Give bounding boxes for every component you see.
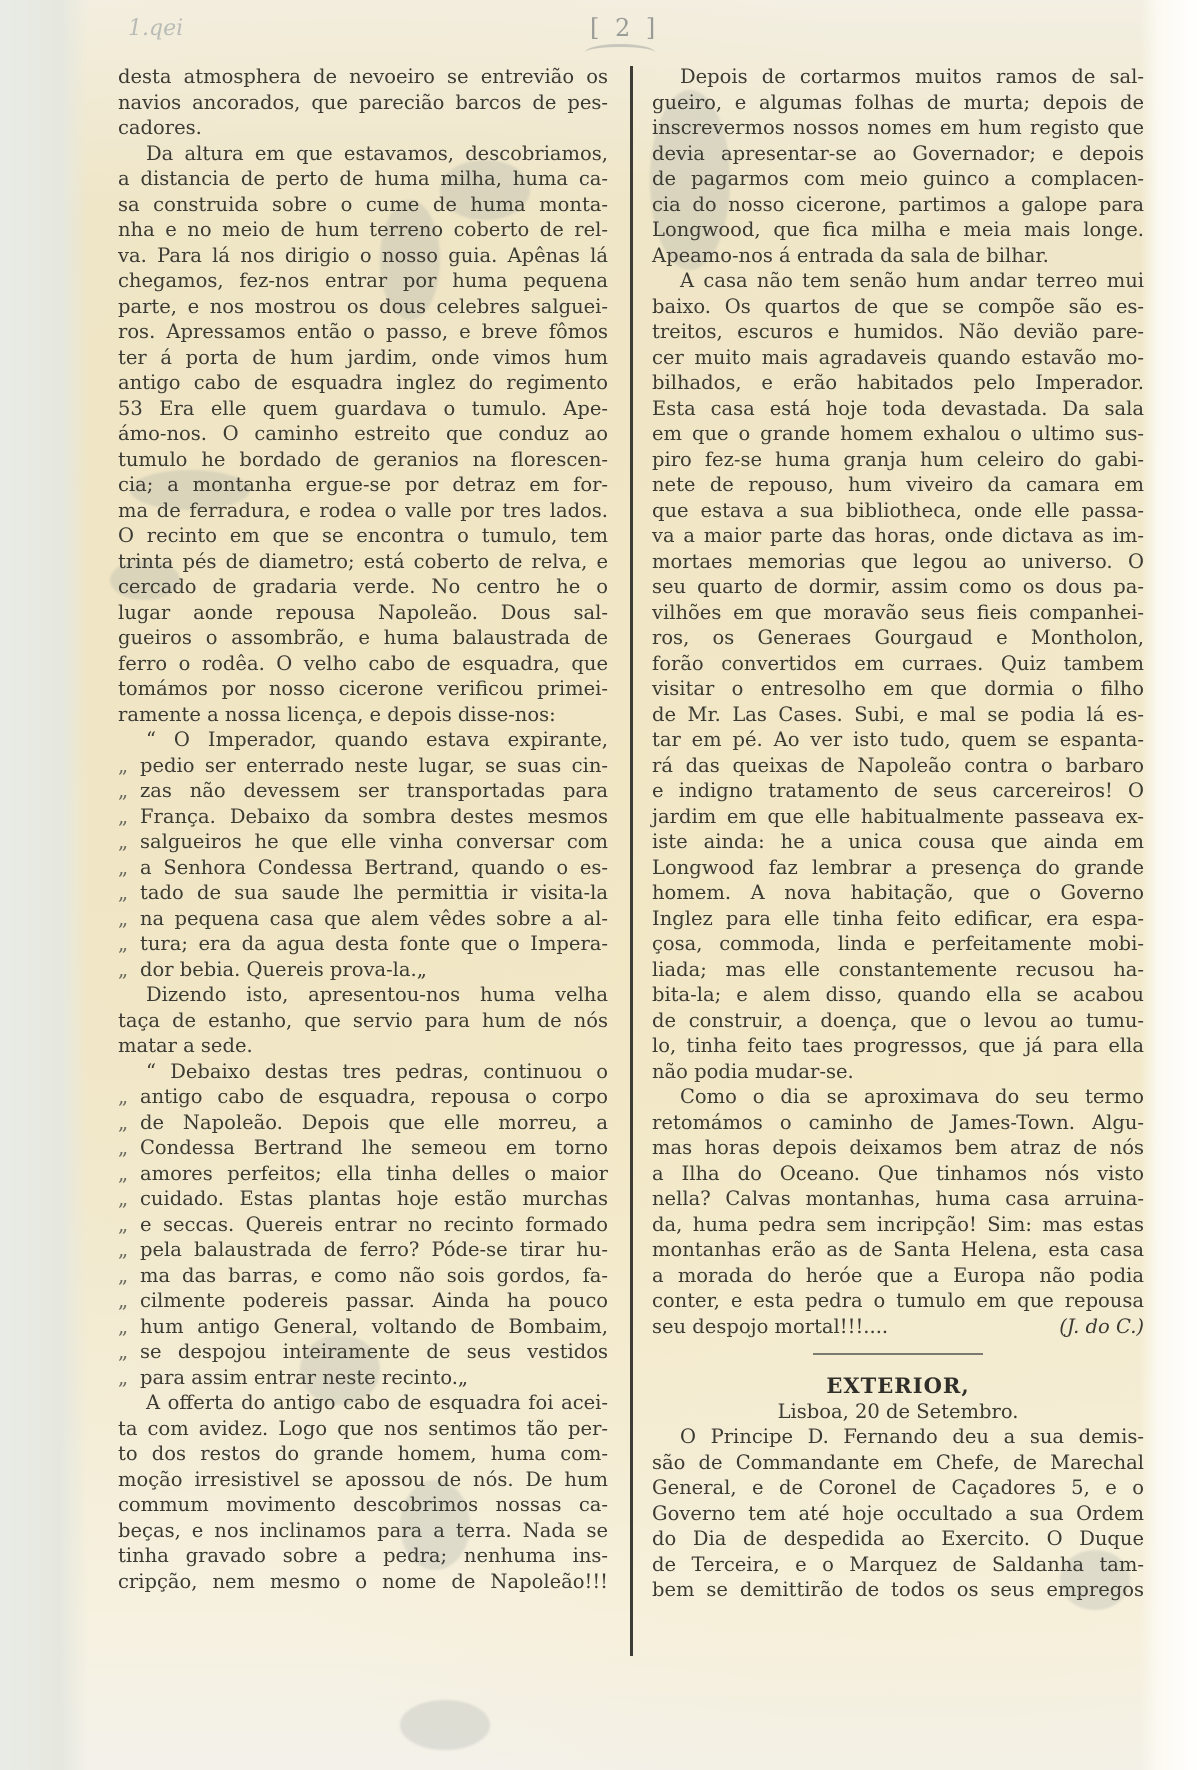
text-line: nete de repouso, hum viveiro da camara e… bbox=[652, 472, 1144, 498]
text-line: trinta pés de diametro; está coberto de … bbox=[118, 549, 608, 575]
quote-mark: „ bbox=[118, 1110, 140, 1136]
text-line: O Principe D. Fernando deu a sua demis- bbox=[652, 1424, 1144, 1450]
quote-line: „pela balaustrada de ferro? Póde-se tira… bbox=[118, 1237, 608, 1263]
quote-line: „amores perfeitos; ella tinha delles o m… bbox=[118, 1161, 608, 1187]
quote-line: „cuidado. Estas plantas hoje estão murch… bbox=[118, 1186, 608, 1212]
corner-handwriting: 1.qei bbox=[128, 16, 183, 41]
article-signature: (J. do C.) bbox=[1059, 1314, 1144, 1340]
text-line: da, huma pedra sem incripção! Sim: mas e… bbox=[652, 1212, 1144, 1238]
quote-line: „tura; era da agua desta fonte que o Imp… bbox=[118, 931, 608, 957]
quote-line: „cilmente podereis passar. Ainda ha pouc… bbox=[118, 1288, 608, 1314]
text-line: moção irresistivel se apossou de nós. De… bbox=[118, 1467, 608, 1493]
text-line: va. Para lá nos dirigio o nosso guia. Ap… bbox=[118, 243, 608, 269]
text-line: tomámos por nosso cicerone verificou pri… bbox=[118, 676, 608, 702]
text-line: Como o dia se aproximava do seu termo bbox=[652, 1084, 1144, 1110]
text-line: baixo. Os quartos de que se compõe são e… bbox=[652, 294, 1144, 320]
quote-line: „França. Debaixo da sombra destes mesmos bbox=[118, 804, 608, 830]
text-line: ros. Apressamos então o passo, e breve f… bbox=[118, 319, 608, 345]
scan-edge-right bbox=[1140, 0, 1200, 1770]
text-line: çosa, commoda, linda e perfeitamente mob… bbox=[652, 931, 1144, 957]
text-line: bilhados, e erão habitados pelo Imperado… bbox=[652, 370, 1144, 396]
quote-mark: „ bbox=[118, 880, 140, 906]
text-line: a distancia de perto de huma milha, huma… bbox=[118, 166, 608, 192]
text-line: ta com avidez. Logo que nos sentimos tão… bbox=[118, 1416, 608, 1442]
text-line: inscrevermos nossos nomes em hum registo… bbox=[652, 115, 1144, 141]
text-line: treitos, escuros e humidos. Não devião p… bbox=[652, 319, 1144, 345]
left-column: desta atmosphera de nevoeiro se entreviã… bbox=[118, 64, 608, 1594]
quote-line: „na pequena casa que alem vêdes sobre a … bbox=[118, 906, 608, 932]
text-line: parte, e nos mostrou os dous celebres sa… bbox=[118, 294, 608, 320]
text-line: visitar o entresolho em que dormia o fil… bbox=[652, 676, 1144, 702]
text-line: vilhões em que moravão seus fieis compan… bbox=[652, 600, 1144, 626]
text-line: a morada do heróe que a Europa não podia bbox=[652, 1263, 1144, 1289]
text-line: de Terceira, e o Marquez de Saldanha tam… bbox=[652, 1552, 1144, 1578]
text-line: bem se demittirão de todos os seus empre… bbox=[652, 1577, 1144, 1603]
text-line: navios ancorados, que parecião barcos de… bbox=[118, 90, 608, 116]
text-line: ramente a nossa licença, e depois disse-… bbox=[118, 702, 608, 728]
text-line: mas horas depois deixamos bem atraz de n… bbox=[652, 1135, 1144, 1161]
text-line: cripção, nem mesmo o nome de Napoleão!!! bbox=[118, 1569, 608, 1595]
text-line: Esta casa está hoje toda devastada. Da s… bbox=[652, 396, 1144, 422]
text-line: de Mr. Las Cases. Subi, e mal se podia l… bbox=[652, 702, 1144, 728]
quote-line: “ O Imperador, quando estava expirante, bbox=[118, 727, 608, 753]
text-line: são de Commandante em Chefe, de Marechal bbox=[652, 1450, 1144, 1476]
text-line: bita-la; e alem disso, quando ella se ac… bbox=[652, 982, 1144, 1008]
text-line: nha e no meio de hum terreno coberto de … bbox=[118, 217, 608, 243]
text-line: montanhas erão as de Santa Helena, esta … bbox=[652, 1237, 1144, 1263]
text-line: desta atmosphera de nevoeiro se entreviã… bbox=[118, 64, 608, 90]
text-line: gueiro, e algumas folhas de murta; depoi… bbox=[652, 90, 1144, 116]
quote-line: „ma das barras, e como não sois gordos, … bbox=[118, 1263, 608, 1289]
text-line: chegamos, fez-nos entrar por huma pequen… bbox=[118, 268, 608, 294]
text-line: cia do nosso cicerone, partimos a galope… bbox=[652, 192, 1144, 218]
closing-text: seu despojo mortal!!!.... bbox=[652, 1315, 888, 1338]
quote-mark: „ bbox=[118, 1263, 140, 1289]
text-line: jardim em que elle habitualmente passeav… bbox=[652, 804, 1144, 830]
text-line: rá das queixas de Napoleão contra o barb… bbox=[652, 753, 1144, 779]
text-line: ter á porta de hum jardim, onde vimos hu… bbox=[118, 345, 608, 371]
text-line: to dos restos do grande homem, huma com- bbox=[118, 1441, 608, 1467]
section-heading: EXTERIOR, bbox=[652, 1373, 1144, 1399]
text-line: gueiros o assombrão, e huma balaustrada … bbox=[118, 625, 608, 651]
text-line: sa construida sobre o cume de huma monta… bbox=[118, 192, 608, 218]
right-column: Depois de cortarmos muitos ramos de sal-… bbox=[652, 64, 1144, 1603]
text-line: de pagarmos com meio guinco a complacen- bbox=[652, 166, 1144, 192]
text-line: mortaes memorias que legou ao universo. … bbox=[652, 549, 1144, 575]
text-line: que estava a sua bibliotheca, onde elle … bbox=[652, 498, 1144, 524]
text-line: seu despojo mortal!!!.... (J. do C.) bbox=[652, 1314, 1144, 1340]
quote-line: „para assim entrar neste recinto.„ bbox=[118, 1365, 608, 1391]
text-line: Da altura em que estavamos, descobriamos… bbox=[118, 141, 608, 167]
text-line: Longwood, que fica milha e meia mais lon… bbox=[652, 217, 1144, 243]
quote-mark: „ bbox=[118, 1365, 140, 1391]
dateline: Lisboa, 20 de Setembro. bbox=[652, 1399, 1144, 1425]
text-line: tinha gravado sobre a pedra; nenhuma ins… bbox=[118, 1543, 608, 1569]
text-line: tar em pé. Ao ver isto tudo, quem se esp… bbox=[652, 727, 1144, 753]
text-line: matar a sede. bbox=[118, 1033, 608, 1059]
text-line: e indigno tratamento de seus carcereiros… bbox=[652, 778, 1144, 804]
quote-mark: „ bbox=[118, 1084, 140, 1110]
quote-line: „Condessa Bertrand lhe semeou em torno bbox=[118, 1135, 608, 1161]
text-line: ferro o rodêa. O velho cabo de esquadra,… bbox=[118, 651, 608, 677]
quote-line: “ Debaixo destas tres pedras, continuou … bbox=[118, 1059, 608, 1085]
quote-mark: „ bbox=[118, 855, 140, 881]
text-line: Depois de cortarmos muitos ramos de sal- bbox=[652, 64, 1144, 90]
text-line: não podia mudar-se. bbox=[652, 1059, 1144, 1085]
quote-line: „pedio ser enterrado neste lugar, se sua… bbox=[118, 753, 608, 779]
quote-line: „a Senhora Condessa Bertrand, quando o e… bbox=[118, 855, 608, 881]
text-line: A casa não tem senão hum andar terreo mu… bbox=[652, 268, 1144, 294]
quote-mark: „ bbox=[118, 804, 140, 830]
text-line: em que o grande homem exhalou o ultimo s… bbox=[652, 421, 1144, 447]
quote-line: „de Napoleão. Depois que elle morreu, a bbox=[118, 1110, 608, 1136]
text-line: cer muito mais agradaveis quando estavão… bbox=[652, 345, 1144, 371]
quote-line: „se despojou inteiramente de seus vestid… bbox=[118, 1339, 608, 1365]
quote-mark: „ bbox=[118, 753, 140, 779]
text-line: homem. A nova habitação, que o Governo bbox=[652, 880, 1144, 906]
text-line: cercado de gradaria verde. No centro he … bbox=[118, 574, 608, 600]
text-line: General, e de Coronel de Caçadores 5, e … bbox=[652, 1475, 1144, 1501]
quote-line: „hum antigo General, voltando de Bombaim… bbox=[118, 1314, 608, 1340]
text-line: Apeamo-nos á entrada da sala de bilhar. bbox=[652, 243, 1144, 269]
text-line: iste ainda: he a unica cousa que ainda e… bbox=[652, 829, 1144, 855]
text-line: cia; a montanha ergue-se por detraz em f… bbox=[118, 472, 608, 498]
text-line: conter, e esta pedra o tumulo em que rep… bbox=[652, 1288, 1144, 1314]
quote-line: „antigo cabo de esquadra, repousa o corp… bbox=[118, 1084, 608, 1110]
text-line: nella? Calvas montanhas, huma casa arrui… bbox=[652, 1186, 1144, 1212]
quote-line: „zas não devessem ser transportadas para bbox=[118, 778, 608, 804]
quote-mark: „ bbox=[118, 1135, 140, 1161]
text-line: lo, tinha feito taes progressos, que já … bbox=[652, 1033, 1144, 1059]
column-divider bbox=[630, 66, 633, 1656]
text-line: Inglez para elle tinha feito edificar, e… bbox=[652, 906, 1144, 932]
text-line: A offerta do antigo cabo de esquadra foi… bbox=[118, 1390, 608, 1416]
text-line: forão convertidos em curraes. Quiz tambe… bbox=[652, 651, 1144, 677]
quote-line: „e seccas. Quereis entrar no recinto for… bbox=[118, 1212, 608, 1238]
page-number-flourish bbox=[585, 44, 655, 61]
text-line: retomámos o caminho de James-Town. Algu- bbox=[652, 1110, 1144, 1136]
quote-line: „tado de sua saude lhe permittia ir visi… bbox=[118, 880, 608, 906]
text-line: do Dia de despedida ao Exercito. O Duque bbox=[652, 1526, 1144, 1552]
text-line: O recinto em que se encontra o tumulo, t… bbox=[118, 523, 608, 549]
quote-mark: „ bbox=[118, 931, 140, 957]
quote-mark: „ bbox=[118, 1237, 140, 1263]
quote-mark: „ bbox=[118, 1314, 140, 1340]
quote-mark: „ bbox=[118, 778, 140, 804]
page-number: [ 2 ] bbox=[590, 14, 659, 42]
text-line: piro fez-se huma granja hum celeiro do g… bbox=[652, 447, 1144, 473]
text-line: ma de ferradura, e rodea o valle por tre… bbox=[118, 498, 608, 524]
water-stain bbox=[400, 1700, 490, 1750]
text-line: a Ilha do Oceano. Que tinhamos nós visto bbox=[652, 1161, 1144, 1187]
quote-mark: „ bbox=[118, 906, 140, 932]
text-line: 53 Era elle quem guardava o tumulo. Ape- bbox=[118, 396, 608, 422]
text-line: taça de estanho, que servio para hum de … bbox=[118, 1008, 608, 1034]
section-rule bbox=[813, 1353, 983, 1355]
quote-mark: „ bbox=[118, 1212, 140, 1238]
scan-edge-left bbox=[0, 0, 88, 1770]
quote-line: „salgueiros he que elle vinha conversar … bbox=[118, 829, 608, 855]
text-line: va a maior parte das horas, onde dictava… bbox=[652, 523, 1144, 549]
quote-mark: „ bbox=[118, 1161, 140, 1187]
text-line: devia apresentar-se ao Governador; e dep… bbox=[652, 141, 1144, 167]
text-line: ros, os Generaes Gourgaud e Montholon, bbox=[652, 625, 1144, 651]
text-line: Dizendo isto, apresentou-nos huma velha bbox=[118, 982, 608, 1008]
quote-mark: „ bbox=[118, 1186, 140, 1212]
quote-mark: „ bbox=[118, 829, 140, 855]
text-line: beças, e nos inclinamos para a terra. Na… bbox=[118, 1518, 608, 1544]
text-line: seu quarto de dormir, assim como os dous… bbox=[652, 574, 1144, 600]
text-line: ámo-nos. O caminho estreito que conduz a… bbox=[118, 421, 608, 447]
text-line: lugar aonde repousa Napoleão. Dous sal- bbox=[118, 600, 608, 626]
quote-mark: „ bbox=[118, 1288, 140, 1314]
text-line: Governo tem até hoje occultado a sua Ord… bbox=[652, 1501, 1144, 1527]
quote-line: „dor bebia. Quereis prova-la.„ bbox=[118, 957, 608, 983]
text-line: liada; mas elle constantemente recusou h… bbox=[652, 957, 1144, 983]
quote-mark: „ bbox=[118, 957, 140, 983]
text-line: cadores. bbox=[118, 115, 608, 141]
text-line: Longwood faz lembrar a presença do grand… bbox=[652, 855, 1144, 881]
text-line: antigo cabo de esquadra inglez do regime… bbox=[118, 370, 608, 396]
text-line: de construir, a doença, que o levou ao t… bbox=[652, 1008, 1144, 1034]
quote-mark: „ bbox=[118, 1339, 140, 1365]
text-line: commum movimento descobrimos nossas ca- bbox=[118, 1492, 608, 1518]
text-line: tumulo he bordado de geranios na floresc… bbox=[118, 447, 608, 473]
